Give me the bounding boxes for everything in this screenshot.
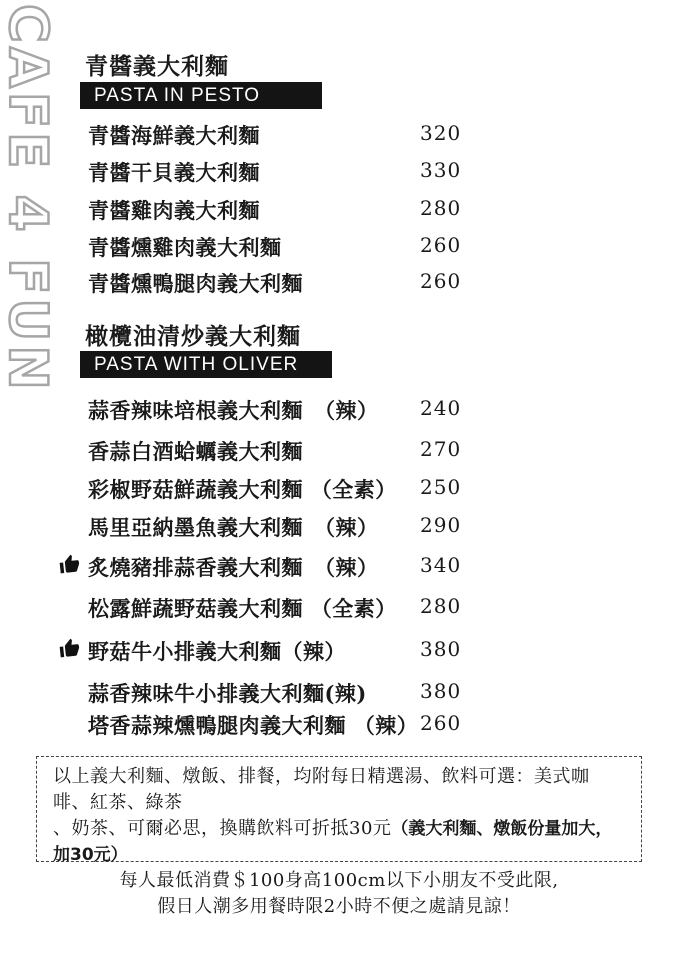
item-price: 270 (420, 437, 461, 461)
item-price: 320 (420, 121, 461, 145)
menu-item: 塔香蒜辣燻鴨腿肉義大利麵 （辣） 260 (88, 710, 480, 738)
section-title-olive-zh: 橄欖油清炒義大利麵 (85, 318, 301, 351)
menu-item: 彩椒野菇鮮蔬義大利麵 （全素） 250 (88, 474, 480, 502)
item-price: 280 (420, 196, 461, 220)
item-name: 青醬干貝義大利麵 (88, 157, 260, 187)
item-name: 青醬燻雞肉義大利麵 (88, 232, 282, 262)
item-name: 野菇牛小排義大利麵（辣） (88, 636, 346, 666)
item-name: 蒜香辣味培根義大利麵 （辣） (88, 395, 379, 425)
item-name: 塔香蒜辣燻鴨腿肉義大利麵 （辣） (88, 710, 418, 740)
menu-item: 青醬燻鴨腿肉義大利麵 260 (88, 268, 480, 296)
item-name: 松露鮮蔬野菇義大利麵 （全素） (88, 593, 397, 623)
notice-line-4: 假日人潮多用餐時限2小時不便之處請見諒！ (53, 894, 625, 920)
item-price: 250 (420, 475, 461, 499)
thumbs-up-icon (58, 637, 81, 660)
notice-line-1-text: 以上義大利麵、燉飯、排餐，均附每日精選湯、飲料可選：美式咖啡、紅茶、綠茶 (53, 766, 590, 813)
notice-line-1: 以上義大利麵、燉飯、排餐，均附每日精選湯、飲料可選：美式咖啡、紅茶、綠茶 (53, 764, 625, 816)
notice-box: 以上義大利麵、燉飯、排餐，均附每日精選湯、飲料可選：美式咖啡、紅茶、綠茶 、奶茶… (36, 756, 642, 862)
item-name: 青醬雞肉義大利麵 (88, 195, 260, 225)
item-price: 280 (420, 594, 461, 618)
section-banner-olive-en: PASTA WITH OLIVER OIL (80, 351, 332, 378)
menu-item: 香蒜白酒蛤蠣義大利麵 270 (88, 436, 480, 464)
menu-item: 青醬干貝義大利麵 330 (88, 157, 480, 185)
menu-item: 蒜香辣味牛小排義大利麵(辣) 380 (88, 678, 480, 706)
notice-line-2-text: 、奶茶、可爾必思，換購飲料可折抵30元 (53, 818, 391, 839)
cafe-logo: CAFE 4 FUN (0, 4, 58, 394)
notice-line-3: 每人最低消費＄100身高100cm以下小朋友不受此限, (53, 868, 625, 894)
menu-item: 松露鮮蔬野菇義大利麵 （全素） 280 (88, 593, 480, 621)
section-banner-pesto-en: PASTA IN PESTO SAUCE (80, 82, 322, 109)
item-name: 青醬海鮮義大利麵 (88, 120, 260, 150)
section-title-pesto-zh: 青醬義大利麵 (85, 48, 229, 81)
menu-item: 青醬海鮮義大利麵 320 (88, 120, 480, 148)
item-name: 炙燒豬排蒜香義大利麵 （辣） (88, 552, 379, 582)
item-name: 彩椒野菇鮮蔬義大利麵 （全素） (88, 474, 397, 504)
item-price: 330 (420, 158, 461, 182)
menu-item: 青醬燻雞肉義大利麵 260 (88, 232, 480, 260)
notice-line-2: 、奶茶、可爾必思，換購飲料可折抵30元（義大利麵、燉飯份量加大，加30元） (53, 816, 625, 868)
item-name: 蒜香辣味牛小排義大利麵(辣) (88, 678, 367, 708)
item-price: 260 (420, 711, 461, 735)
item-name: 青醬燻鴨腿肉義大利麵 (88, 268, 303, 298)
item-price: 240 (420, 396, 461, 420)
item-name: 馬里亞納墨魚義大利麵 （辣） (88, 512, 379, 542)
menu-item: 青醬雞肉義大利麵 280 (88, 195, 480, 223)
item-price: 380 (420, 637, 461, 661)
menu-item-featured: 炙燒豬排蒜香義大利麵 （辣） 340 (88, 552, 480, 580)
menu-page: CAFE 4 FUN 青醬義大利麵 PASTA IN PESTO SAUCE 青… (0, 0, 678, 960)
menu-item-featured: 野菇牛小排義大利麵（辣） 380 (88, 636, 480, 664)
thumbs-up-icon (58, 553, 81, 576)
item-name: 香蒜白酒蛤蠣義大利麵 (88, 436, 303, 466)
item-price: 380 (420, 679, 461, 703)
menu-item: 馬里亞納墨魚義大利麵 （辣） 290 (88, 512, 480, 540)
item-price: 290 (420, 513, 461, 537)
menu-item: 蒜香辣味培根義大利麵 （辣） 240 (88, 395, 480, 423)
item-price: 260 (420, 269, 461, 293)
item-price: 340 (420, 553, 461, 577)
item-price: 260 (420, 233, 461, 257)
